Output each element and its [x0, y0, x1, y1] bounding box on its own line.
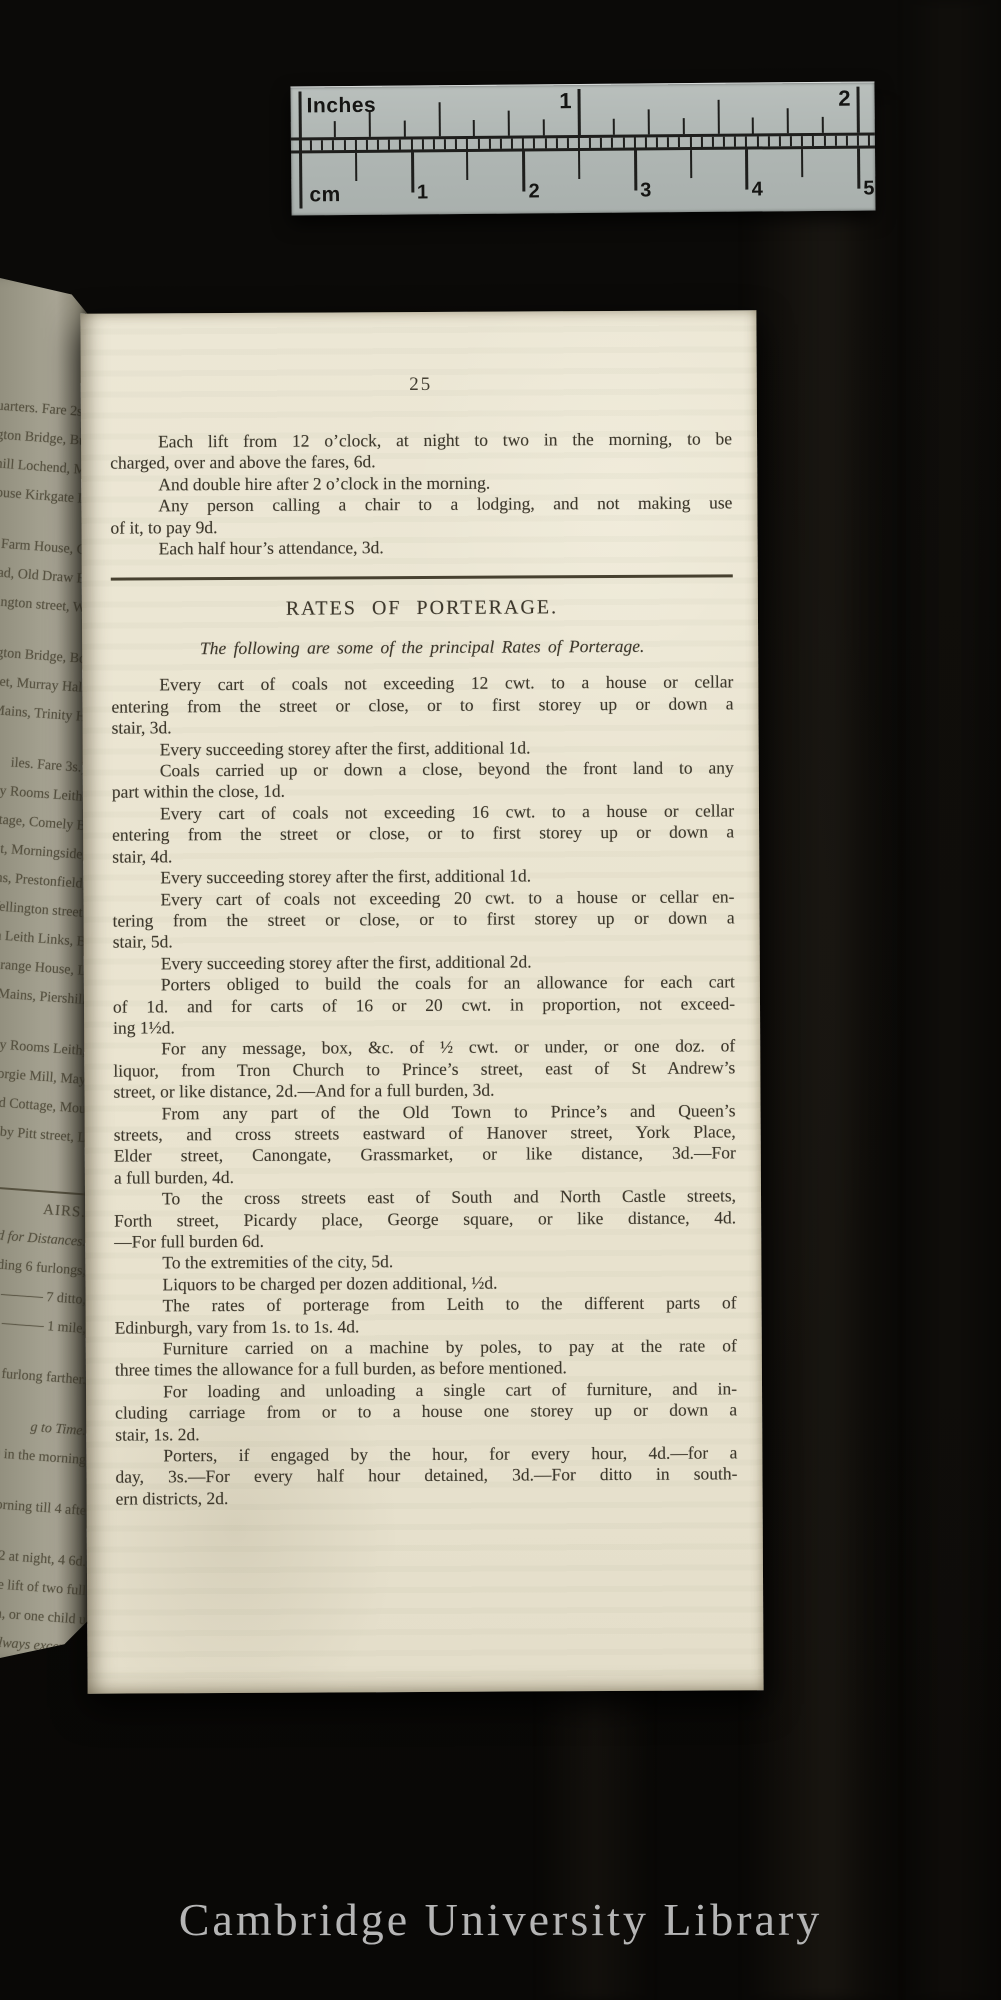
inch-number: 1: [543, 90, 571, 114]
paragraph: Furniture carried on a machine by poles,…: [115, 1335, 737, 1381]
millimetre-tick: [511, 139, 513, 149]
eighth-inch-tick: [403, 121, 405, 137]
opposite-page-edge: e quarters. Fare 2s.o Bonington Bridge, …: [0, 278, 92, 1658]
millimetre-tick: [522, 139, 524, 149]
millimetre-tick: [332, 140, 334, 150]
inch-tick: [577, 89, 580, 135]
millimetre-tick: [533, 138, 535, 148]
text-line: Each half hour’s attendance, 3d.: [111, 535, 733, 560]
text-line: Every cart of coals not exceeding 12 cwt…: [111, 672, 733, 697]
cm-number: 4: [752, 179, 774, 201]
millimetre-tick: [689, 137, 691, 147]
millimetre-tick: [734, 137, 736, 147]
text-line: tering from the street or close, or to f…: [113, 907, 735, 932]
cm-tick: [857, 149, 860, 189]
paragraph: Each half hour’s attendance, 3d.: [111, 535, 733, 560]
millimetre-tick: [623, 138, 625, 148]
millimetre-tick: [500, 139, 502, 149]
millimetre-tick: [411, 139, 413, 149]
opposite-page-text-fragments: e quarters. Fare 2s.o Bonington Bridge, …: [0, 398, 86, 1658]
half-cm-tick: [466, 152, 468, 180]
paragraph: Porters obliged to build the coals for a…: [113, 971, 735, 1038]
millimetre-tick: [823, 136, 825, 146]
millimetre-tick: [745, 137, 747, 147]
millimetre-tick: [321, 140, 323, 150]
eighth-inch-tick: [647, 109, 649, 134]
cm-tick: [745, 150, 748, 190]
millimetre-tick: [656, 137, 658, 147]
millimetre-tick: [455, 139, 457, 149]
paragraph: Every cart of coals not exceeding 16 cwt…: [112, 800, 734, 867]
ruler-cm-label: cm: [309, 184, 341, 205]
millimetre-tick: [466, 139, 468, 149]
cm-tick: [634, 151, 637, 191]
paragraph: Each lift from 12 o’clock, at night to t…: [110, 428, 732, 474]
millimetre-tick: [801, 136, 803, 146]
section-subheading: The following are some of the principal …: [111, 634, 733, 661]
cm-number: 1: [417, 182, 439, 204]
text-line: ern districts, 2d.: [116, 1485, 738, 1510]
millimetre-tick: [344, 140, 346, 150]
text-line: cluding carriage from or to a house one …: [115, 1400, 737, 1425]
eighth-inch-tick: [682, 118, 684, 134]
eighth-inch-tick: [787, 108, 789, 133]
millimetre-tick: [768, 136, 770, 146]
millimetre-tick: [756, 136, 758, 146]
measurement-ruler: Inches cm 1212345: [290, 81, 875, 215]
book-page: 25 Each lift from 12 o’clock, at night t…: [80, 310, 763, 1694]
millimetre-tick: [667, 137, 669, 147]
ruler-tick-marks: 1212345: [290, 82, 874, 87]
text-line: liquor, from Tron Church to Prince’s str…: [113, 1057, 735, 1082]
text-line: Each lift from 12 o’clock, at night to t…: [110, 428, 732, 453]
millimetre-tick: [399, 140, 401, 150]
text-line: Coals carried up or down a close, beyond…: [112, 757, 734, 782]
millimetre-tick: [422, 139, 424, 149]
paragraph: For loading and unloading a single cart …: [115, 1378, 737, 1445]
millimetre-tick: [678, 137, 680, 147]
millimetre-tick: [489, 139, 491, 149]
cm-tick: [411, 152, 414, 192]
cm-number: 5: [863, 178, 885, 200]
ruler-inches-label: Inches: [307, 95, 377, 117]
paragraph: Every cart of coals not exceeding 12 cwt…: [111, 672, 733, 739]
millimetre-tick: [812, 136, 814, 146]
millimetre-tick: [701, 137, 703, 147]
cloth-texture-streak: [742, 100, 902, 2000]
section-heading: RATES OF PORTERAGE.: [111, 594, 733, 623]
millimetre-tick: [589, 138, 591, 148]
text-line: For any message, box, &c. of ½ cwt. or u…: [113, 1036, 735, 1061]
fragment-text-line: e quarters. Fare 2s.: [0, 381, 87, 427]
millimetre-tick: [477, 139, 479, 149]
eighth-inch-tick: [752, 118, 754, 134]
millimetre-tick: [377, 140, 379, 150]
text-line: Elder street, Canongate, Grassmarket, or…: [114, 1143, 736, 1168]
inch-tick: [856, 87, 859, 133]
library-photo: Inches cm 1212345 e quarters. Fare 2s.o …: [0, 0, 1001, 2000]
millimetre-tick: [846, 136, 848, 146]
eighth-inch-tick: [473, 120, 475, 136]
eighth-inch-tick: [717, 100, 719, 134]
millimetre-tick: [433, 139, 435, 149]
paragraph: Coals carried up or down a close, beyond…: [112, 757, 734, 803]
text-line: Any person calling a chair to a lodging,…: [110, 493, 732, 518]
paragraph: Any person calling a chair to a lodging,…: [110, 493, 732, 539]
text-line: Every cart of coals not exceeding 20 cwt…: [112, 886, 734, 911]
text-line: The rates of porterage from Leith to the…: [115, 1293, 737, 1318]
millimetre-tick: [790, 136, 792, 146]
paragraph: For any message, box, &c. of ½ cwt. or u…: [113, 1036, 735, 1103]
millimetre-tick: [310, 140, 312, 150]
millimetre-tick: [388, 140, 390, 150]
eighth-inch-tick: [334, 121, 336, 137]
fragment-gap: [0, 1153, 86, 1175]
text-line: Porters obliged to build the coals for a…: [113, 971, 735, 996]
paragraph: Porters, if engaged by the hour, for eve…: [115, 1442, 737, 1509]
millimetre-tick: [355, 140, 357, 150]
watermark-text: Cambridge University Library: [0, 1893, 1001, 1946]
section-rule: [111, 575, 733, 581]
eighth-inch-tick: [508, 111, 510, 136]
millimetre-tick: [857, 136, 859, 146]
half-cm-tick: [690, 150, 692, 178]
eighth-inch-tick: [438, 102, 440, 136]
millimetre-tick: [600, 138, 602, 148]
eighth-inch-tick: [368, 112, 370, 137]
millimetre-tick: [868, 135, 870, 145]
text-line: day, 3s.—For every half hour detained, 3…: [115, 1464, 737, 1489]
millimetre-tick: [578, 138, 580, 148]
cloth-texture-streak: [900, 0, 1000, 2000]
text-line: entering from the street or close, or to…: [112, 822, 734, 847]
millimetre-tick: [779, 136, 781, 146]
millimetre-tick: [567, 138, 569, 148]
paragraph: The rates of porterage from Leith to the…: [115, 1293, 737, 1339]
text-line: entering from the street or close, or to…: [111, 693, 733, 718]
millimetre-tick: [444, 139, 446, 149]
eighth-inch-tick: [543, 119, 545, 135]
ruler-zero-mark: [298, 91, 302, 208]
inch-number: 2: [822, 88, 850, 112]
half-cm-tick: [801, 149, 803, 177]
millimetre-tick: [544, 138, 546, 148]
millimetre-tick: [645, 137, 647, 147]
page-text-block: Each lift from 12 o’clock, at night to t…: [110, 428, 738, 1510]
half-cm-tick: [578, 151, 580, 179]
paragraph: From any part of the Old Town to Prince’…: [114, 1100, 736, 1189]
millimetre-tick: [712, 137, 714, 147]
half-cm-tick: [355, 153, 357, 181]
eighth-inch-tick: [822, 117, 824, 133]
text-line: of 1d. and for carts of 16 or 20 cwt. in…: [113, 993, 735, 1018]
millimetre-tick: [634, 138, 636, 148]
cm-tick: [522, 152, 525, 192]
page-number: 25: [110, 372, 732, 397]
text-line: To the cross streets east of South and N…: [114, 1186, 736, 1211]
millimetre-tick: [723, 137, 725, 147]
paragraph: Every cart of coals not exceeding 20 cwt…: [112, 886, 734, 953]
millimetre-tick: [611, 138, 613, 148]
millimetre-tick: [835, 136, 837, 146]
millimetre-tick: [366, 140, 368, 150]
cm-number: 3: [640, 180, 662, 202]
millimetre-tick: [556, 138, 558, 148]
eighth-inch-tick: [613, 119, 615, 135]
paragraph: To the cross streets east of South and N…: [114, 1186, 736, 1253]
cm-number: 2: [528, 181, 550, 203]
text-line: Forth street, Picardy place, George squa…: [114, 1207, 736, 1232]
text-line: Furniture carried on a machine by poles,…: [115, 1335, 737, 1360]
